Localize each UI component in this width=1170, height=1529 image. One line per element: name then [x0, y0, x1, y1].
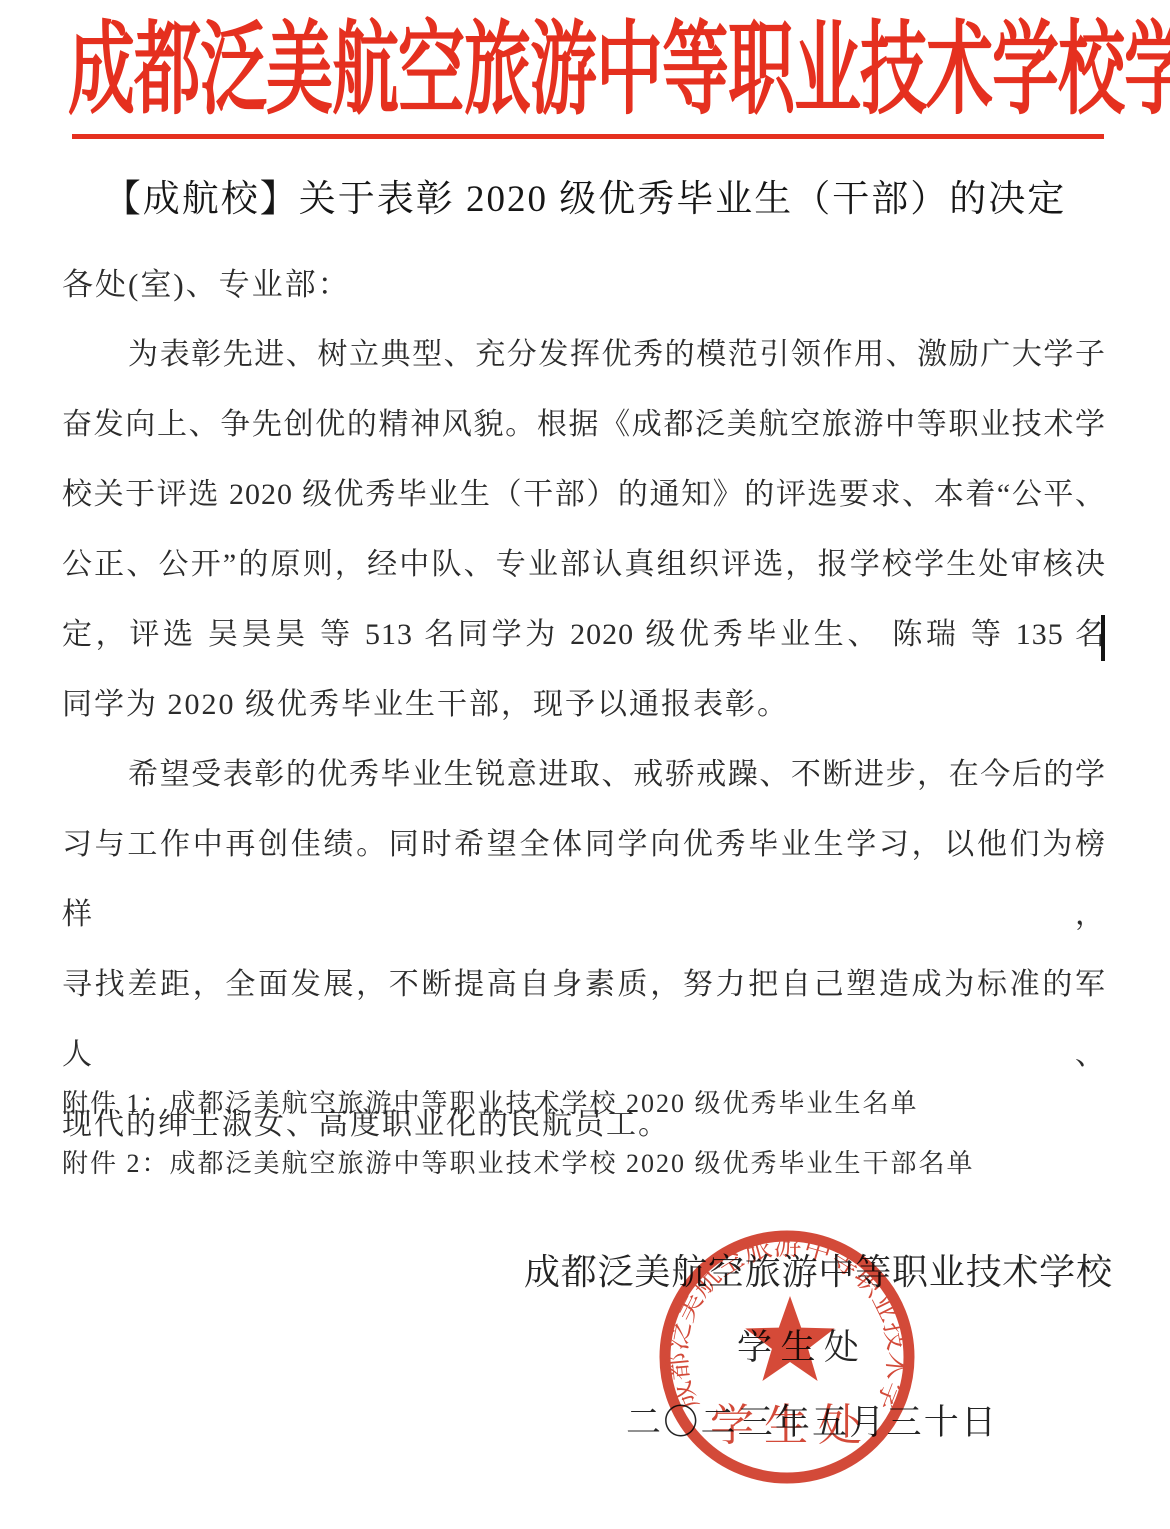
attachment-item: 附件 1：成都泛美航空旅游中等职业技术学校 2020 级优秀毕业生名单 — [62, 1074, 1106, 1134]
letterhead-underline — [72, 134, 1104, 139]
body-text-line: 奋发向上、争先创优的精神风貌。根据《成都泛美航空旅游中等职业技术学 — [62, 390, 1106, 460]
official-seal: 成都泛美航空旅游中等职业技术学校 学生处 — [654, 1222, 924, 1492]
body-text-line: 寻找差距，全面发展，不断提高自身素质，努力把自己塑造成为标准的军人、 — [62, 950, 1106, 1090]
text-cursor — [1101, 615, 1105, 661]
seal-star-icon — [745, 1296, 834, 1381]
attachment-item: 附件 2：成都泛美航空旅游中等职业技术学校 2020 级优秀毕业生干部名单 — [62, 1134, 1106, 1194]
document-body: 各处(室)、专业部： 为表彰先进、树立典型、充分发挥优秀的模范引领作用、激励广大… — [62, 250, 1106, 1160]
letterhead-title: 成都泛美航空旅游中等职业技术学校学生处 — [68, 18, 1105, 124]
document-title: 【成航校】关于表彰 2020 级优秀毕业生（干部）的决定 — [0, 178, 1170, 224]
letterhead: 成都泛美航空旅游中等职业技术学校学生处 — [68, 18, 1105, 138]
body-paragraph-1: 为表彰先进、树立典型、充分发挥优秀的模范引领作用、激励广大学子奋发向上、争先创优… — [62, 320, 1106, 740]
salutation: 各处(室)、专业部： — [62, 250, 1106, 320]
body-text-line: 定，评选 吴昊昊 等 513 名同学为 2020 级优秀毕业生、 陈瑞 等 13… — [62, 600, 1106, 670]
body-text-line: 习与工作中再创佳绩。同时希望全体同学向优秀毕业生学习，以他们为榜样， — [62, 810, 1106, 950]
seal-dept-text: 学生处 — [710, 1401, 872, 1450]
body-text-line: 校关于评选 2020 级优秀毕业生（干部）的通知》的评选要求、本着“公平、 — [62, 460, 1106, 530]
attachment-list: 附件 1：成都泛美航空旅游中等职业技术学校 2020 级优秀毕业生名单附件 2：… — [62, 1074, 1106, 1194]
body-text-line: 为表彰先进、树立典型、充分发挥优秀的模范引领作用、激励广大学子 — [62, 320, 1106, 390]
body-text-line: 公正、公开”的原则，经中队、专业部认真组织评选，报学校学生处审核决 — [62, 530, 1106, 600]
document-page: 成都泛美航空旅游中等职业技术学校学生处 【成航校】关于表彰 2020 级优秀毕业… — [0, 0, 1170, 1529]
body-text-line: 希望受表彰的优秀毕业生锐意进取、戒骄戒躁、不断进步，在今后的学 — [62, 740, 1106, 810]
body-text-line: 同学为 2020 级优秀毕业生干部，现予以通报表彰。 — [62, 670, 1106, 740]
